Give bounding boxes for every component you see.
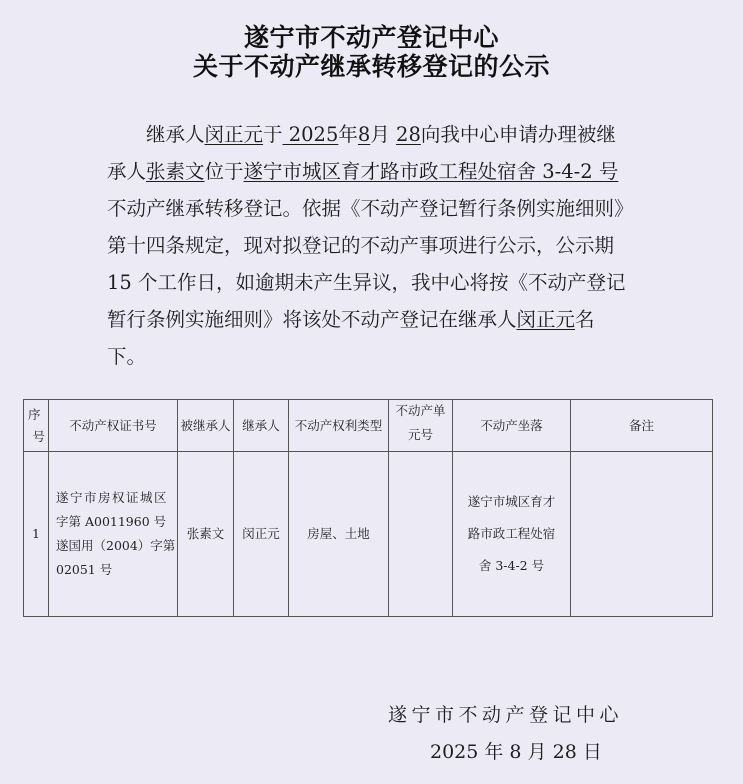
text: 位于 [205,160,244,183]
cert-line: 遂宁市房权证城区 [56,486,177,510]
heir-name: 闵正元 [205,123,264,146]
registration-table: 序 号 不动产权证书号 被继承人 继承人 不动产权利类型 不动产单 元号 不动产… [23,399,713,617]
header-text: 号 [24,426,48,448]
signature-date: 2025 年 8 月 28 日 [430,737,602,764]
text: 名 [575,308,595,331]
text: 承人 [107,160,146,183]
location-line: 遂宁市城区育才 [453,486,570,518]
apply-year: 2025 [283,123,339,146]
property-address: 遂宁市城区育才路市政工程处宿舍 3-4-2 号 [244,160,619,183]
text: 月 [370,123,390,146]
cert-line: 遂国用（2004）字第 [56,534,177,558]
header-heir: 继承人 [234,400,289,452]
signature-org: 遂宁市不动产登记中心 [388,700,623,727]
header-seq: 序 号 [24,400,49,452]
header-cert-no: 不动产权证书号 [49,400,178,452]
decedent-name: 张素文 [146,160,205,183]
header-text: 元号 [389,420,452,450]
location-line: 路市政工程处宿 [453,518,570,550]
body-line-2: 承人张素文位于遂宁市城区育才路市政工程处宿舍 3-4-2 号 [107,153,667,190]
header-unit-no: 不动产单 元号 [389,400,453,452]
notice-body: 继承人闵正元于 2025年8月 28向我中心申请办理被继 承人张素文位于遂宁市城… [107,116,667,375]
header-decedent: 被继承人 [178,400,234,452]
header-right-type: 不动产权利类型 [289,400,389,452]
header-location: 不动产坐落 [453,400,571,452]
body-line-4: 第十四条规定，现对拟登记的不动产事项进行公示，公示期 [107,227,667,264]
body-line-1: 继承人闵正元于 2025年8月 28向我中心申请办理被继 [107,116,667,153]
body-line-3: 不动产继承转移登记。依据《不动产登记暂行条例实施细则》 [107,190,667,227]
text: 继承人 [146,123,205,146]
cell-heir: 闵正元 [234,452,289,617]
cell-unit-no [389,452,453,617]
body-line-6: 暂行条例实施细则》将该处不动产登记在继承人闵正元名 [107,301,667,338]
text: 向我中心申请办理被继 [421,123,616,146]
table-row: 1 遂宁市房权证城区 字第 A0011960 号 遂国用（2004）字第 020… [24,452,713,617]
body-line-7: 下。 [107,338,667,375]
cell-remarks [571,452,713,617]
cell-decedent: 张素文 [178,452,234,617]
notice-title-line1: 遂宁市不动产登记中心 [0,23,743,53]
cell-location: 遂宁市城区育才 路市政工程处宿 舍 3-4-2 号 [453,452,571,617]
cert-line: 字第 A0011960 号 [56,510,177,534]
apply-month: 8 [358,123,370,146]
body-line-5: 15 个工作日，如逾期未产生异议，我中心将按《不动产登记 [107,264,667,301]
text: 暂行条例实施细则》将该处不动产登记在继承人 [107,308,517,331]
cell-right-type: 房屋、土地 [289,452,389,617]
text: 年 [338,123,358,146]
header-text: 序 [24,404,48,426]
header-remarks: 备注 [571,400,713,452]
notice-title-line2: 关于不动产继承转移登记的公示 [0,52,743,82]
heir-name: 闵正元 [517,308,576,331]
cell-cert-no: 遂宁市房权证城区 字第 A0011960 号 遂国用（2004）字第 02051… [49,452,178,617]
location-line: 舍 3-4-2 号 [453,550,570,582]
header-text: 不动产单 [389,402,452,420]
cert-line: 02051 号 [56,558,177,582]
apply-day: 28 [396,123,421,146]
cell-seq: 1 [24,452,49,617]
table-header-row: 序 号 不动产权证书号 被继承人 继承人 不动产权利类型 不动产单 元号 不动产… [24,400,713,452]
text: 于 [263,123,283,146]
